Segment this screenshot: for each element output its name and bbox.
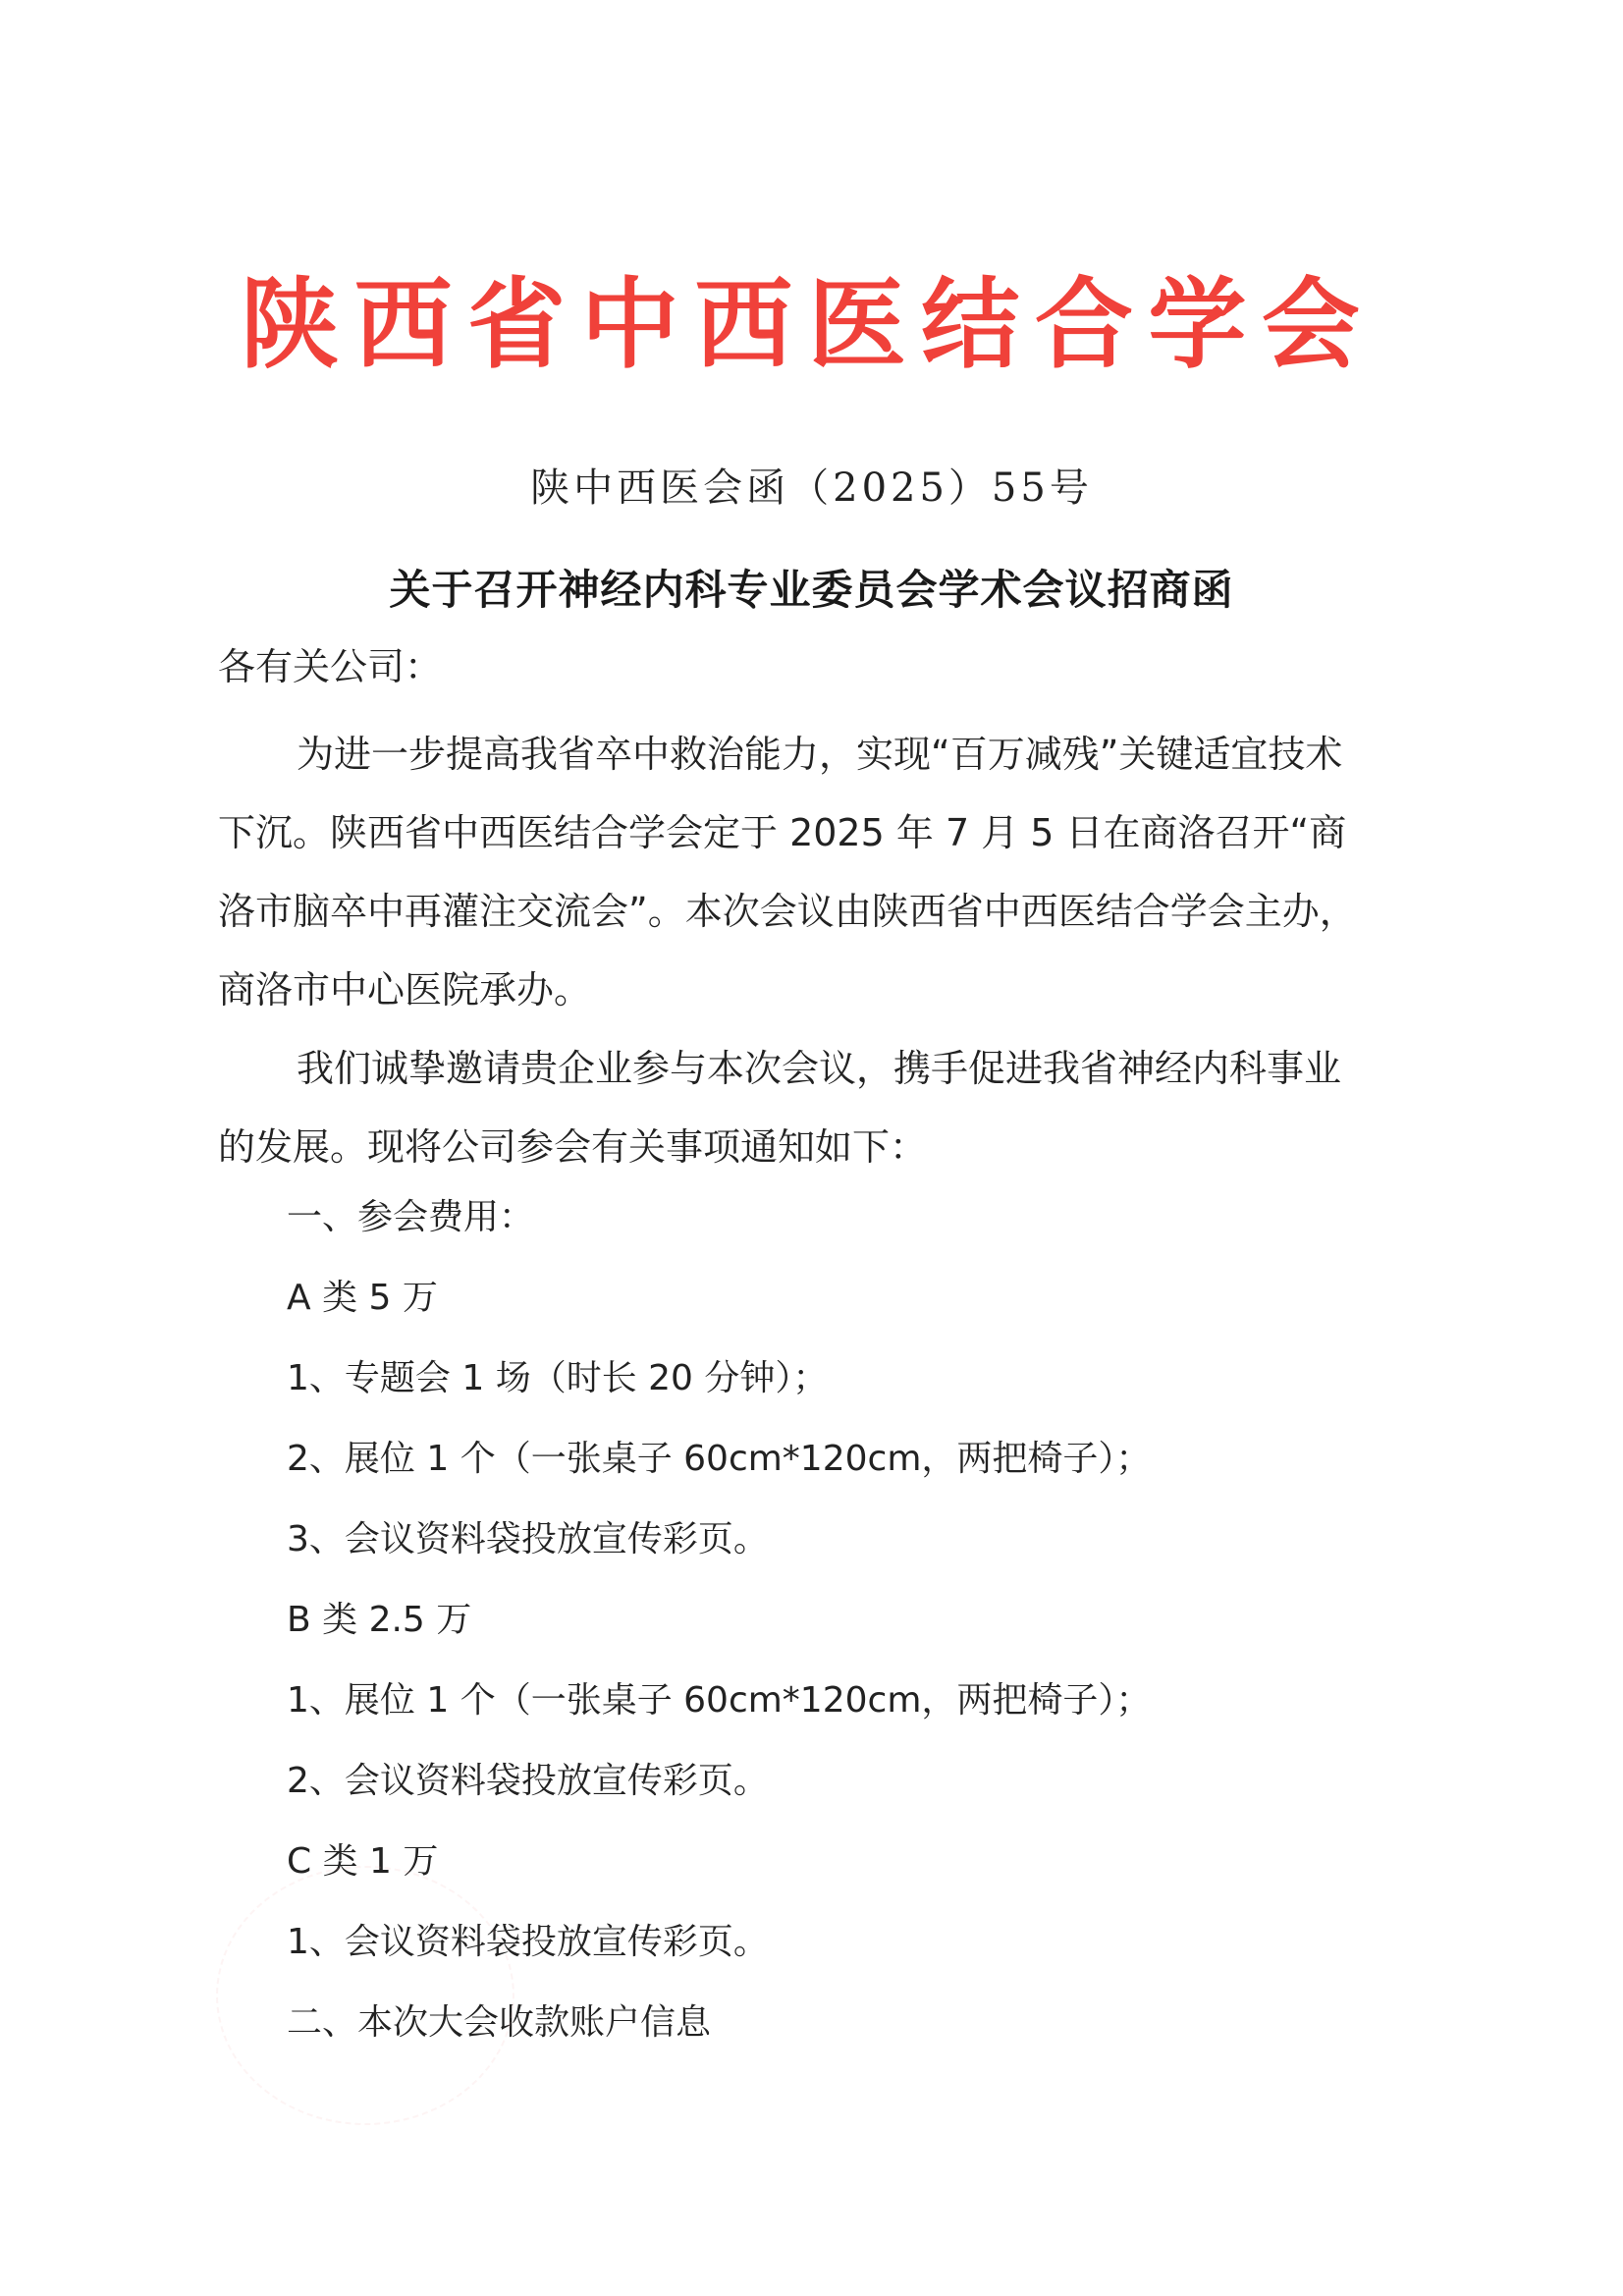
paragraph-invitation: 我们诚挚邀请贵企业参与本次会议，携手促进我省神经内科事业的发展。现将公司参会有关… <box>218 1029 1377 1186</box>
tier-b-item: 1、展位 1 个（一张桌子 60cm*120cm，两把椅子）； <box>287 1677 1151 1758</box>
letterhead-char: 省 <box>462 270 570 378</box>
letterhead-char: 陕 <box>236 270 344 378</box>
letterhead-char: 合 <box>1030 270 1138 378</box>
tier-a-item: 2、展位 1 个（一张桌子 60cm*120cm，两把椅子）； <box>287 1436 1151 1516</box>
letterhead-char: 中 <box>576 270 684 378</box>
paragraph-intro: 为进一步提高我省卒中救治能力，实现“百万减残”关键适宜技术下沉。陕西省中西医结合… <box>218 715 1377 1029</box>
tier-b-item: 2、会议资料袋投放宣传彩页。 <box>287 1758 1151 1838</box>
letterhead-organization-name: 陕 西 省 中 西 医 结 合 学 会 <box>236 270 1365 378</box>
section-heading-fees: 一、参会费用： <box>287 1194 1151 1275</box>
tier-a-label: A 类 5 万 <box>287 1275 1151 1355</box>
salutation: 各有关公司： <box>218 636 1377 690</box>
letterhead-char: 西 <box>350 270 458 378</box>
letterhead-char: 结 <box>916 270 1024 378</box>
document-title: 关于召开神经内科专业委员会学术会议招商函 <box>0 558 1623 617</box>
letterhead-char: 学 <box>1143 270 1251 378</box>
faint-seal-trace <box>216 1866 514 2125</box>
document-number: 陕中西医会函（2025）55号 <box>0 457 1623 513</box>
tier-a-item: 3、会议资料袋投放宣传彩页。 <box>287 1516 1151 1597</box>
letterhead-char: 会 <box>1257 270 1365 378</box>
letterhead-char: 医 <box>803 270 911 378</box>
letterhead-char: 西 <box>689 270 797 378</box>
tier-a-item: 1、专题会 1 场（时长 20 分钟）； <box>287 1355 1151 1436</box>
tier-b-label: B 类 2.5 万 <box>287 1597 1151 1677</box>
document-page: 陕 西 省 中 西 医 结 合 学 会 陕中西医会函（2025）55号 关于召开… <box>0 0 1623 2296</box>
